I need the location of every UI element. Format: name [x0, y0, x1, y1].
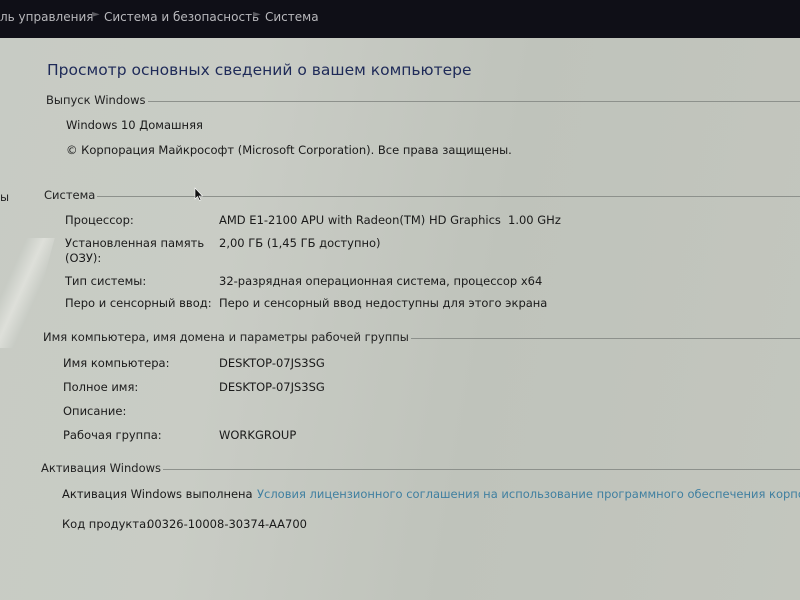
workgroup-label: Рабочая группа: [63, 427, 162, 443]
section-heading: Активация Windows [41, 461, 163, 475]
chevron-right-icon[interactable]: ► [253, 9, 261, 20]
full-name-value: DESKTOP-07JS3SG [219, 379, 325, 395]
full-name-label: Полное имя: [63, 379, 138, 395]
computer-name-label: Имя компьютера: [63, 355, 169, 371]
memory-value: 2,00 ГБ (1,45 ГБ доступно) [219, 235, 381, 251]
section-heading: Выпуск Windows [46, 93, 148, 107]
breadcrumb-system[interactable]: Система [265, 10, 319, 24]
divider [411, 338, 800, 339]
mouse-cursor-icon [194, 187, 204, 201]
section-windows-edition: Выпуск Windows [46, 93, 800, 107]
section-heading: Имя компьютера, имя домена и параметры р… [43, 330, 411, 344]
description-label: Описание: [63, 403, 126, 419]
memory-label: Установленная память [65, 235, 204, 251]
product-key-value: 00326-10008-30374-AA700 [147, 517, 307, 531]
divider [148, 101, 800, 102]
section-system: Система [44, 188, 800, 202]
activation-status: Активация Windows выполнена [62, 487, 253, 501]
processor-value: AMD E1-2100 APU with Radeon(TM) HD Graph… [219, 212, 501, 228]
workgroup-value: WORKGROUP [219, 427, 296, 443]
system-type-label: Тип системы: [65, 273, 146, 289]
divider [163, 469, 800, 470]
windows-edition: Windows 10 Домашняя [66, 118, 203, 132]
product-key-label: Код продукта: [62, 517, 150, 531]
section-computer-name: Имя компьютера, имя домена и параметры р… [43, 330, 800, 344]
computer-name-value: DESKTOP-07JS3SG [219, 355, 325, 371]
address-bar: ль управления ► Система и безопасность ►… [0, 0, 800, 38]
license-terms-link[interactable]: Условия лицензионного соглашения на испо… [257, 487, 800, 501]
section-heading: Система [44, 188, 97, 202]
left-panel-fragment[interactable]: ы [0, 190, 9, 204]
memory-label-2: (ОЗУ): [65, 250, 101, 266]
page-title: Просмотр основных сведений о вашем компь… [47, 61, 472, 79]
section-activation: Активация Windows [41, 461, 800, 475]
system-type-value: 32-разрядная операционная система, проце… [219, 273, 542, 289]
system-properties-panel: ы Просмотр основных сведений о вашем ком… [0, 38, 800, 600]
processor-speed: 1.00 GHz [508, 212, 561, 228]
copyright-text: © Корпорация Майкрософт (Microsoft Corpo… [66, 143, 512, 157]
pen-touch-value: Перо и сенсорный ввод недоступны для это… [219, 295, 547, 311]
breadcrumb-control-panel[interactable]: ль управления [0, 10, 93, 24]
pen-touch-label: Перо и сенсорный ввод: [65, 295, 212, 311]
processor-label: Процессор: [65, 212, 134, 228]
chevron-right-icon[interactable]: ► [92, 9, 100, 20]
breadcrumb-system-security[interactable]: Система и безопасность [104, 10, 259, 24]
